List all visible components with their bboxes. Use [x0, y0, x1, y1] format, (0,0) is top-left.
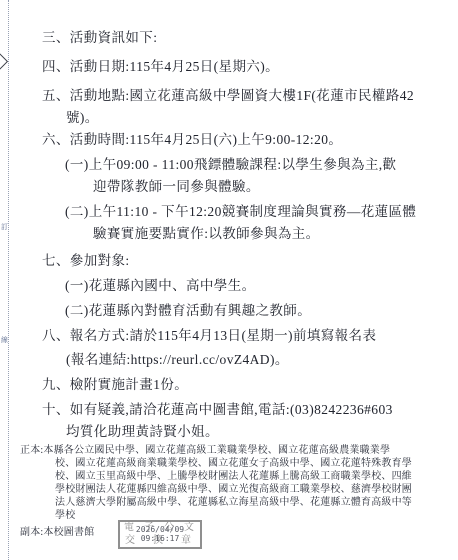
- item-8-line1: 八、報名方式:請於115年4月13日(星期一)前填寫報名表: [0, 325, 458, 347]
- copy-recipients-line: 副本:本校圖書館: [0, 526, 458, 539]
- item-7-2: (二)花蓮縣內對體育活動有興趣之教師。: [0, 300, 458, 322]
- item-8-line2-signup-url: (報名連結:https://reurl.cc/ovZ4AD)。: [0, 349, 458, 371]
- item-9: 九、檢附實施計畫1份。: [0, 374, 458, 396]
- copy-recipients-text: 本校圖書館: [43, 527, 94, 538]
- electronic-exchange-stamp: 電子公文 交換章 2026/04/09 09:16:17: [118, 520, 202, 549]
- item-6-1-line1: (一)上午09:00 - 11:00飛鏢體驗課程:以學生參與為主,歡: [0, 154, 458, 176]
- stamp-date: 2026/04/09: [120, 525, 200, 534]
- original-recipients-line: 正本:本縣各公立國民中學、國立花蓮高級工業職業學校、國立花蓮高級農業職業學: [0, 444, 458, 457]
- item-7-1: (一)花蓮縣內國中、高中學生。: [0, 275, 458, 297]
- item-5-line2: 號)。: [0, 107, 458, 129]
- original-recipients-line: 學校: [0, 509, 458, 522]
- distribution-block: 正本:本縣各公立國民中學、國立花蓮高級工業職業學校、國立花蓮高級農業職業學 校、…: [0, 444, 458, 539]
- original-recipients-text: 本縣各公立國民中學、國立花蓮高級工業職業學校、國立花蓮高級農業職業學: [43, 445, 390, 456]
- item-6-1-line2: 迎帶隊教師一同參與體驗。: [0, 176, 458, 198]
- stamp-datetime: 2026/04/09 09:16:17: [120, 525, 200, 543]
- copy-label: 副本:: [20, 527, 43, 538]
- item-5-line1: 五、活動地點:國立花蓮高級中學圖資大樓1F(花蓮市民權路42: [0, 85, 458, 107]
- original-recipients-line: 學校財團法人花蓮縣四維高級中學、國立光復高級商工職業學校、慈濟學校財團: [0, 483, 458, 496]
- stamp-time: 09:16:17: [120, 534, 200, 543]
- original-recipients-line: 校、國立花蓮高級商業職業學校、國立花蓮女子高級中學、國立花蓮特殊教育學: [0, 457, 458, 470]
- item-3: 三、活動資訊如下:: [0, 27, 458, 49]
- item-6-2-line1: (二)上午11:10 - 下午12:20競賽制度理論與實務—花蓮區體: [0, 201, 458, 223]
- item-10-line2: 均質化助理黃詩賢小姐。: [0, 421, 458, 443]
- item-6-2-line2: 驗賽實施要點實作:以教師參與為主。: [0, 223, 458, 245]
- original-label: 正本:: [20, 445, 43, 456]
- document-body: 三、活動資訊如下: 四、活動日期:115年4月25日(星期六)。 五、活動地點:…: [0, 27, 458, 443]
- original-recipients-line: 校、國立玉里高級中學、上騰學校財團法人花蓮縣上騰高級工商職業學校、四維: [0, 470, 458, 483]
- item-10-line1: 十、如有疑義,請洽花蓮高中圖書館,電話:(03)8242236#603: [0, 399, 458, 421]
- original-recipients-line: 法人慈濟大學附屬高級中學、花蓮縣私立海星高級中學、花蓮縣立體育高級中等: [0, 496, 458, 509]
- item-7: 七、參加對象:: [0, 250, 458, 272]
- item-6: 六、活動時間:115年4月25日(六)上午9:00-12:20。: [0, 129, 458, 151]
- document-page: 訂 線 三、活動資訊如下: 四、活動日期:115年4月25日(星期六)。 五、活…: [0, 0, 458, 560]
- item-4: 四、活動日期:115年4月25日(星期六)。: [0, 56, 458, 78]
